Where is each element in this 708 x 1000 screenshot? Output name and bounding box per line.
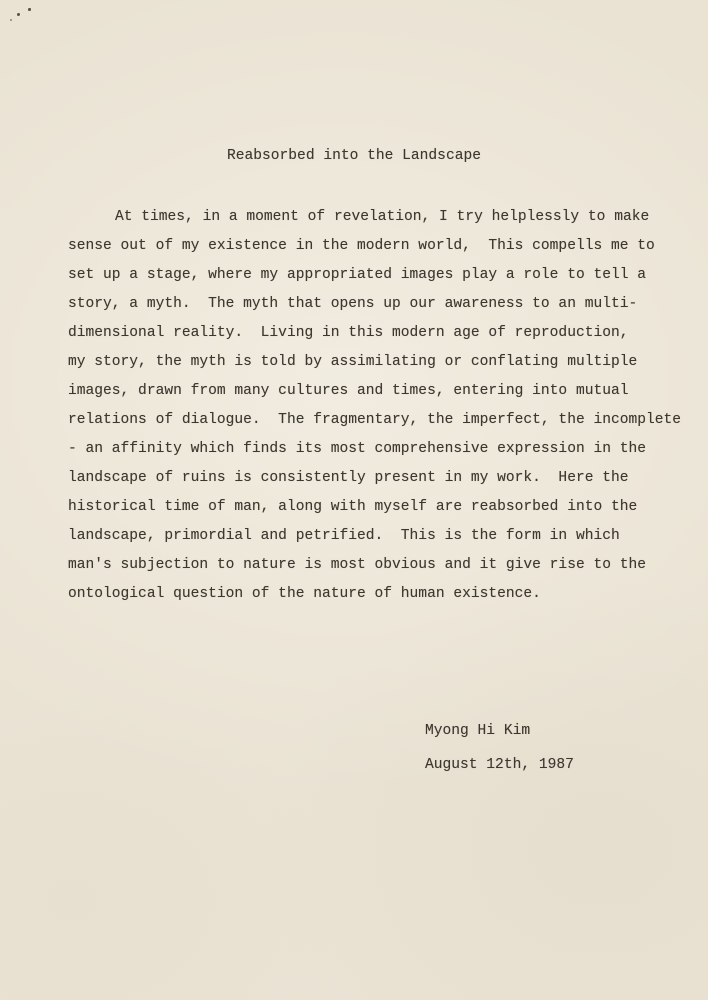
ink-speck bbox=[17, 13, 20, 16]
body-line: At times, in a moment of revelation, I t… bbox=[68, 203, 700, 232]
document-title: Reabsorbed into the Landscape bbox=[0, 148, 708, 164]
body-line: ontological question of the nature of hu… bbox=[68, 580, 700, 609]
ink-speck bbox=[10, 19, 12, 21]
body-line: sense out of my existence in the modern … bbox=[68, 232, 700, 261]
ink-speck bbox=[28, 8, 31, 11]
body-line: my story, the myth is told by assimilati… bbox=[68, 348, 700, 377]
body-line: relations of dialogue. The fragmentary, … bbox=[68, 406, 700, 435]
body-line: man's subjection to nature is most obvio… bbox=[68, 551, 700, 580]
body-line: landscape, primordial and petrified. Thi… bbox=[68, 522, 700, 551]
signature-date: August 12th, 1987 bbox=[425, 748, 574, 782]
body-line: - an affinity which finds its most compr… bbox=[68, 435, 700, 464]
body-line: historical time of man, along with mysel… bbox=[68, 493, 700, 522]
body-line: dimensional reality. Living in this mode… bbox=[68, 319, 700, 348]
body-line: set up a stage, where my appropriated im… bbox=[68, 261, 700, 290]
signature-block: Myong Hi Kim August 12th, 1987 bbox=[425, 714, 574, 782]
body-line: landscape of ruins is consistently prese… bbox=[68, 464, 700, 493]
body-line: images, drawn from many cultures and tim… bbox=[68, 377, 700, 406]
body-line: story, a myth. The myth that opens up ou… bbox=[68, 290, 700, 319]
document-body: At times, in a moment of revelation, I t… bbox=[68, 203, 700, 609]
typewritten-page: Reabsorbed into the Landscape At times, … bbox=[0, 0, 708, 1000]
signature-name: Myong Hi Kim bbox=[425, 714, 574, 748]
